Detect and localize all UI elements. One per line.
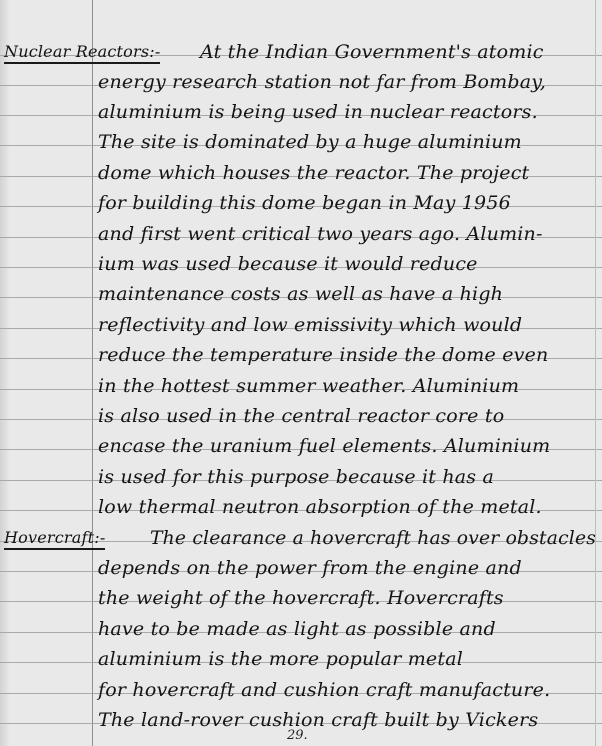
text-line: reflectivity and low emissivity which wo… <box>0 309 602 339</box>
text-line: Hovercraft:- The clearance a hovercraft … <box>0 522 602 552</box>
text-line: ium was used because it would reduce <box>0 248 602 278</box>
text-line: maintenance costs as well as have a high <box>0 278 602 308</box>
text-line: low thermal neutron absorption of the me… <box>0 491 602 521</box>
line-text: energy research station not far from Bom… <box>98 71 546 93</box>
text-line: Nuclear Reactors:- At the Indian Governm… <box>0 36 602 66</box>
line-text: have to be made as light as possible and <box>98 618 496 640</box>
line-text: aluminium is being used in nuclear react… <box>98 101 538 123</box>
line-text: depends on the power from the engine and <box>98 557 522 579</box>
line-text: reflectivity and low emissivity which wo… <box>98 314 522 336</box>
text-line: dome which houses the reactor. The proje… <box>0 157 602 187</box>
line-text: is used for this purpose because it has … <box>98 466 494 488</box>
line-text: The site is dominated by a huge aluminiu… <box>98 131 522 153</box>
text-line: in the hottest summer weather. Aluminium <box>0 370 602 400</box>
line-text: The clearance a hovercraft has over obst… <box>150 527 596 549</box>
notebook-page: Nuclear Reactors:- At the Indian Governm… <box>0 0 602 746</box>
line-text: reduce the temperature inside the dome e… <box>98 344 548 366</box>
text-line: is also used in the central reactor core… <box>0 400 602 430</box>
line-text: The land-rover cushion craft built by Vi… <box>98 709 538 731</box>
text-line: aluminium is being used in nuclear react… <box>0 96 602 126</box>
line-text: dome which houses the reactor. The proje… <box>98 162 529 184</box>
line-text: low thermal neutron absorption of the me… <box>98 496 542 518</box>
line-text: maintenance costs as well as have a high <box>98 283 503 305</box>
section-heading: Nuclear Reactors:- <box>4 42 160 64</box>
text-line: and first went critical two years ago. A… <box>0 218 602 248</box>
line-text: At the Indian Government's atomic <box>200 41 544 63</box>
line-text: for building this dome began in May 1956 <box>98 192 511 214</box>
text-line: for hovercraft and cushion craft manufac… <box>0 674 602 704</box>
text-line: reduce the temperature inside the dome e… <box>0 339 602 369</box>
line-text: in the hottest summer weather. Aluminium <box>98 375 519 397</box>
line-text: is also used in the central reactor core… <box>98 405 504 427</box>
line-text: the weight of the hovercraft. Hovercraft… <box>98 587 504 609</box>
page-number: 29. <box>287 728 308 743</box>
text-line: aluminium is the more popular metal <box>0 643 602 673</box>
line-text: and first went critical two years ago. A… <box>98 223 543 245</box>
text-line: encase the uranium fuel elements. Alumin… <box>0 430 602 460</box>
line-text: aluminium is the more popular metal <box>98 648 463 670</box>
text-line: have to be made as light as possible and <box>0 613 602 643</box>
line-text: ium was used because it would reduce <box>98 253 478 275</box>
text-line: the weight of the hovercraft. Hovercraft… <box>0 582 602 612</box>
section-heading: Hovercraft:- <box>4 528 105 550</box>
text-line: depends on the power from the engine and <box>0 552 602 582</box>
text-line: for building this dome began in May 1956 <box>0 187 602 217</box>
line-text: encase the uranium fuel elements. Alumin… <box>98 435 550 457</box>
text-line: The site is dominated by a huge aluminiu… <box>0 126 602 156</box>
text-line: is used for this purpose because it has … <box>0 461 602 491</box>
line-text: for hovercraft and cushion craft manufac… <box>98 679 550 701</box>
text-line: energy research station not far from Bom… <box>0 66 602 96</box>
